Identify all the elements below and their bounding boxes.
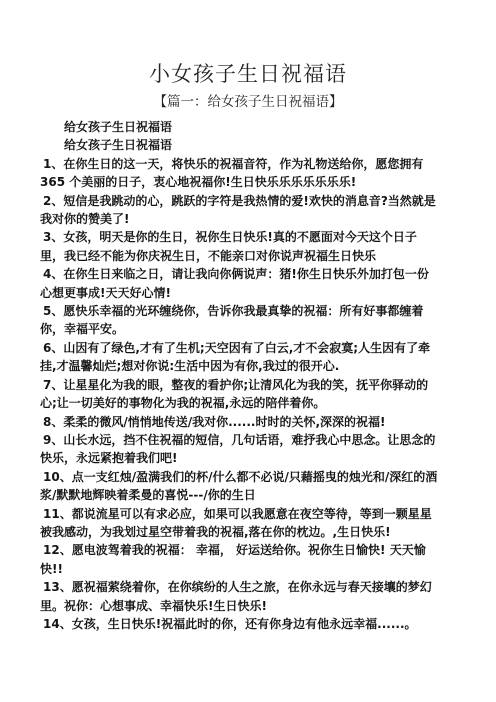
wish-paragraph-5: 5、愿快乐幸福的光环缠绕你，告诉你我最真挚的祝福：所有好事都缠着你，幸福平安。 bbox=[40, 302, 440, 339]
section-heading: 给女孩子生日祝福语 bbox=[60, 136, 432, 154]
wish-paragraph-1: 1、在你生日的这一天，将快乐的祝福音符，作为礼物送给你，愿您拥有 365 个美丽… bbox=[40, 155, 440, 192]
wish-paragraph-10: 10、点一支红烛/盈满我们的杯/什么都不必说/只藉摇曳的烛光和/深红的酒浆/默默… bbox=[40, 468, 440, 505]
document-body: 给女孩子生日祝福语 给女孩子生日祝福语 1、在你生日的这一天，将快乐的祝福音符，… bbox=[60, 118, 432, 633]
wish-paragraph-4: 4、在你生日来临之日，请让我向你俩说声：猪!你生日快乐外加打包一份心想更事成!天… bbox=[40, 265, 440, 302]
wish-paragraph-7: 7、让星星化为我的眼，整夜的看护你;让清风化为我的笑，抚平你驿动的心;让一切美好… bbox=[40, 376, 440, 413]
wish-paragraph-3: 3、女孩，明天是你的生日，祝你生日快乐!真的不愿面对今天这个日子里，我已经不能为… bbox=[40, 228, 440, 265]
wish-paragraph-8: 8、柔柔的微风/悄悄地传送/我对你......时时的关怀,深深的祝福! bbox=[40, 413, 440, 431]
wish-paragraph-6: 6、山因有了绿色,才有了生机;天空因有了白云,才不会寂寞;人生因有了牵挂,才温馨… bbox=[40, 339, 440, 376]
wish-paragraph-14: 14、女孩，生日快乐!祝福此时的你，还有你身边有他永远幸福......。 bbox=[40, 615, 440, 633]
wish-paragraph-9: 9、山长水远，挡不住祝福的短信，几句话语，难抒我心中思念。让思念的快乐，永远紧抱… bbox=[40, 431, 440, 468]
wish-paragraph-12: 12、愿电波驾着我的祝福： 幸福， 好运送给你。祝你生日愉快! 天天愉快!! bbox=[40, 541, 440, 578]
wish-paragraph-2: 2、短信是我跳动的心，跳跃的字符是我热情的爱!欢快的消息音?当然就是我对你的赞美… bbox=[40, 192, 440, 229]
document-subtitle: 【篇一：给女孩子生日祝福语】 bbox=[0, 90, 496, 110]
section-heading: 给女孩子生日祝福语 bbox=[60, 118, 432, 136]
wish-paragraph-13: 13、愿祝福萦绕着你，在你缤纷的人生之旅，在你永远与春天接壤的梦幻里。祝你：心想… bbox=[40, 578, 440, 615]
wish-paragraph-11: 11、都说流星可以有求必应，如果可以我愿意在夜空等待，等到一颗星星被我感动，为我… bbox=[40, 505, 440, 542]
document-title: 小女孩子生日祝福语 bbox=[0, 58, 496, 88]
